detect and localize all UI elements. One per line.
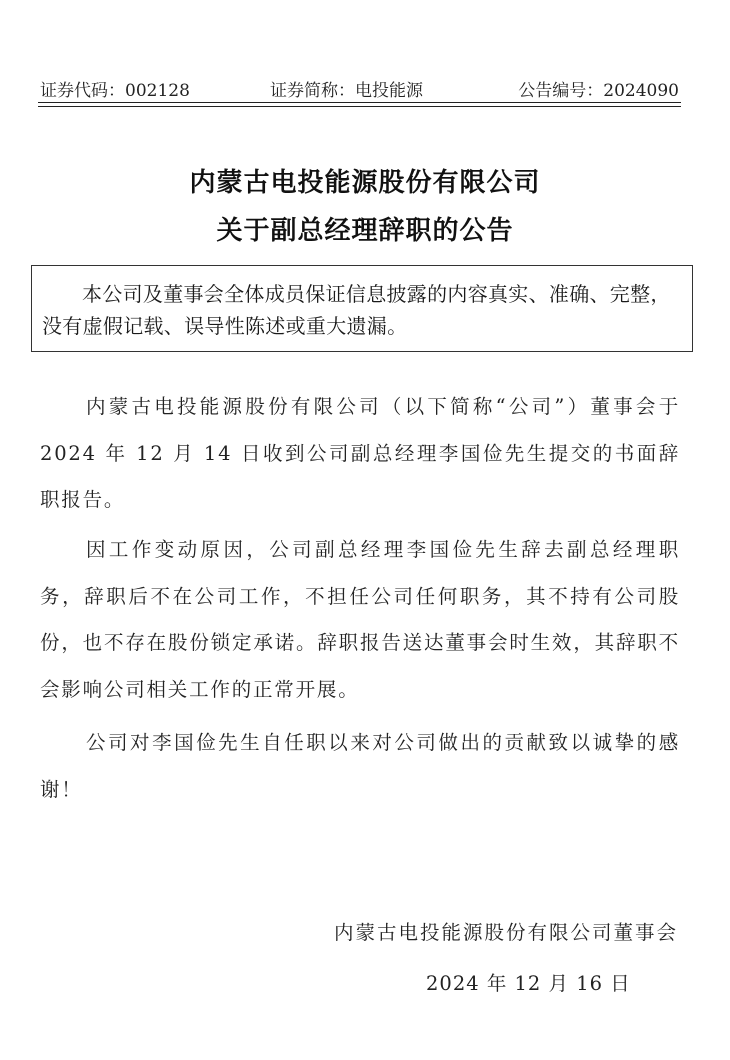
- announcement-title: 关于副总经理辞职的公告: [0, 210, 730, 247]
- header-divider-thin: [38, 106, 681, 107]
- body-paragraph-2: 因工作变动原因，公司副总经理李国俭先生辞去副总经理职务，辞职后不在公司工作，不担…: [40, 527, 680, 713]
- company-title: 内蒙古电投能源股份有限公司: [0, 162, 730, 199]
- stock-name: 证券简称：电投能源: [270, 80, 423, 102]
- signature-date: 2024 年 12 月 16 日: [426, 968, 631, 996]
- header-divider-thick: [38, 102, 681, 103]
- announcement-number: 公告编号：2024090: [518, 80, 679, 102]
- body-paragraph-1: 内蒙古电投能源股份有限公司（以下简称“公司”）董事会于2024 年 12 月 1…: [40, 384, 680, 524]
- stock-code: 证券代码：002128: [40, 80, 190, 102]
- body-paragraph-3: 公司对李国俭先生自任职以来对公司做出的贡献致以诚挚的感谢！: [40, 720, 680, 813]
- signature: 内蒙古电投能源股份有限公司董事会: [334, 917, 678, 945]
- disclosure-notice-text: 本公司及董事会全体成员保证信息披露的内容真实、准确、完整，没有虚假记载、误导性陈…: [42, 278, 684, 342]
- disclosure-notice-box: 本公司及董事会全体成员保证信息披露的内容真实、准确、完整，没有虚假记载、误导性陈…: [31, 265, 693, 352]
